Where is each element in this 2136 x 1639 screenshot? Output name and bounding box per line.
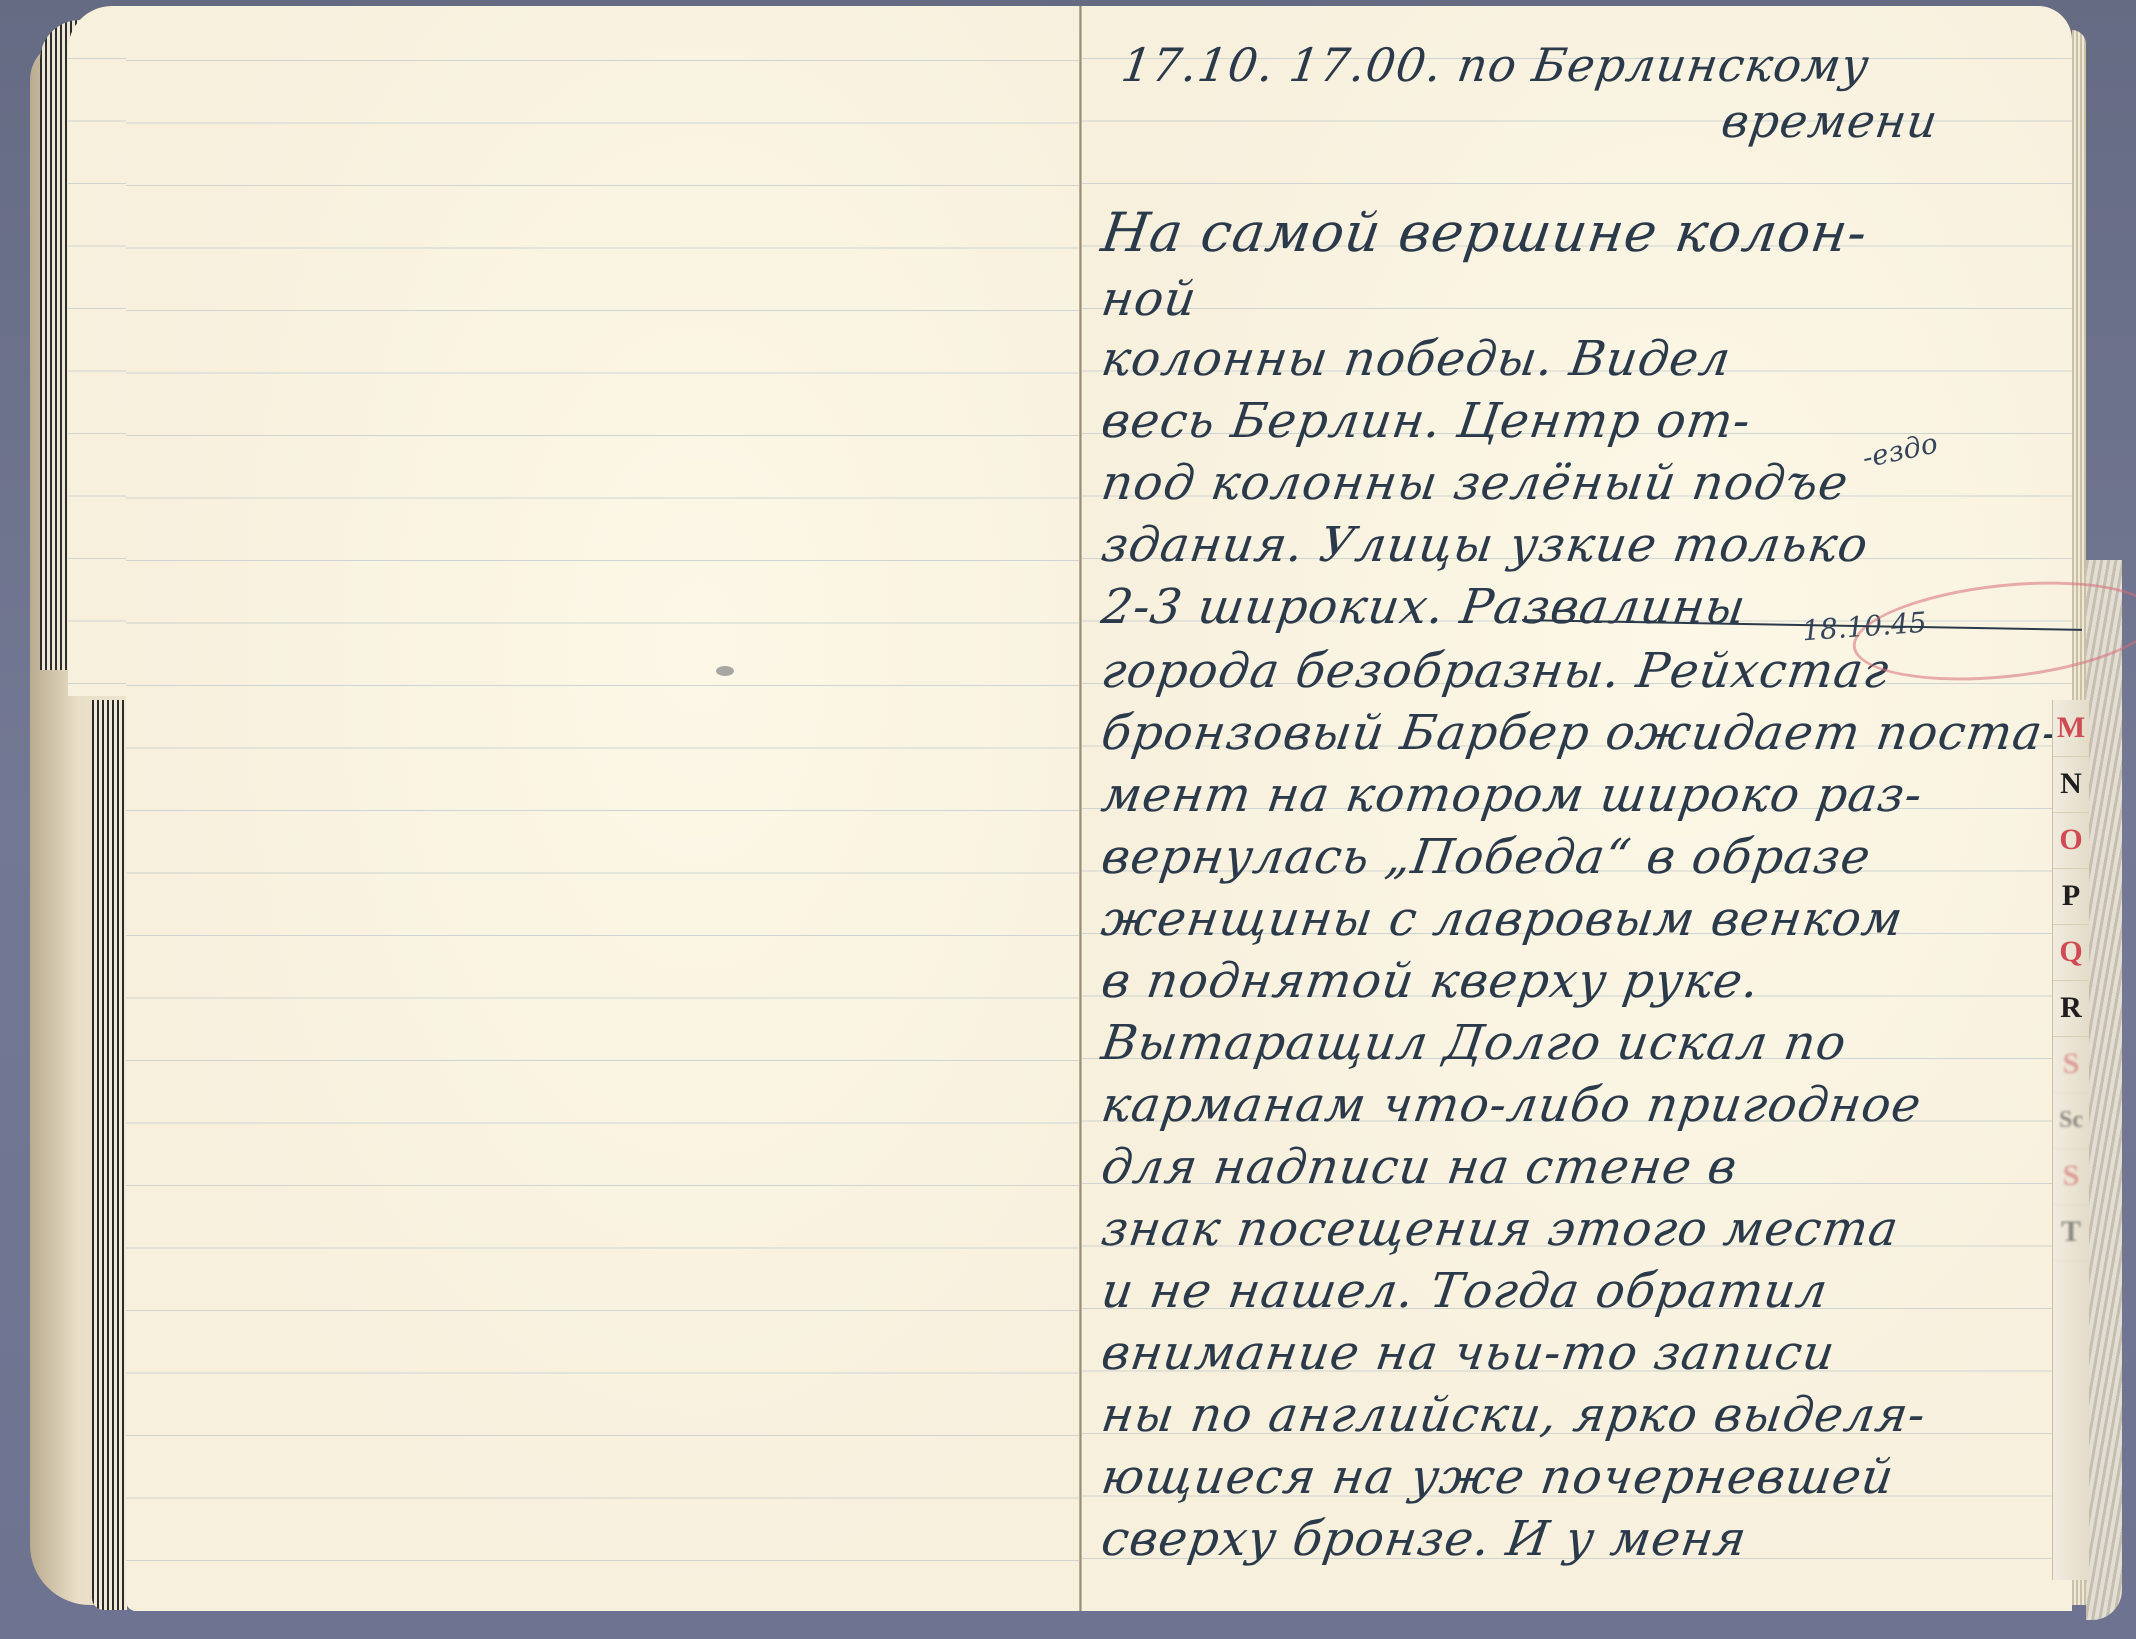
entry-line: для надписи на стене в [1098,1136,1742,1198]
index-tab-p[interactable]: P [2053,868,2089,925]
page-stack-edge-bottom [92,700,127,1610]
ink-speck [716,666,734,676]
entry-line: под колонны зелёный подъе [1098,452,1853,514]
index-tab-q[interactable]: Q [2053,924,2089,981]
entry-line: ной [1098,268,1201,330]
entry-line: вернулась „Победа“ в образе [1098,826,1875,888]
entry-line: и не нашел. Тогда обратил [1098,1260,1832,1322]
entry-line: мент на котором широко раз- [1098,764,1927,826]
entry-line: сверху бронзе. И у меня [1098,1508,1751,1570]
entry-line: весь Берлин. Центр от- [1098,390,1755,452]
index-tab-t[interactable]: T [2053,1204,2089,1261]
entry-line: здания. Улицы узкие только [1098,514,1873,576]
entry-line: бронзовый Барбер ожидает поста- [1098,702,2064,764]
index-tab-s[interactable]: S [2053,1036,2089,1093]
right-page: 17.10. 17.00. по Берлинскому времени На … [1082,6,2072,1611]
entry-line: города безобразны. Рейхстаг [1098,640,1894,702]
ruled-lines [126,6,1080,1611]
entry-line: На самой вершине колон- [1098,202,1872,264]
entry-line: 2-3 широких. Развалины [1098,576,1750,638]
worn-page-edges [2086,560,2122,1620]
index-tab-sc[interactable]: Sc [2053,1092,2089,1149]
entry-header-line2: времени [1718,90,1942,152]
entry-line: внимание на чьи-то записи [1098,1322,1840,1384]
index-tab-n[interactable]: N [2053,756,2089,813]
alphabet-index-tabs: M N O P Q R S Sc S T [2052,700,2089,1580]
entry-line: ющиеся на уже почерневшей [1098,1446,1898,1508]
index-tab-o[interactable]: O [2053,812,2089,869]
entry-line: карманам что-либо пригодное [1098,1074,1926,1136]
entry-line: женщины с лавровым венком [1098,888,1908,950]
entry-line: ны по английски, ярко выделя- [1098,1384,1930,1446]
index-tab-r[interactable]: R [2053,980,2089,1037]
entry-header-line1: 17.10. 17.00. по Берлинскому [1118,34,1874,96]
index-tab-m[interactable]: M [2053,700,2089,757]
left-page [126,6,1080,1611]
entry-line: колонны победы. Видел [1098,328,1735,390]
entry-line: Вытаращил Долго искал по [1098,1012,1851,1074]
entry-line: в поднятой кверху руке. [1098,950,1764,1012]
entry-line: знак посещения этого места [1098,1198,1903,1260]
index-tab-s2[interactable]: S [2053,1148,2089,1205]
